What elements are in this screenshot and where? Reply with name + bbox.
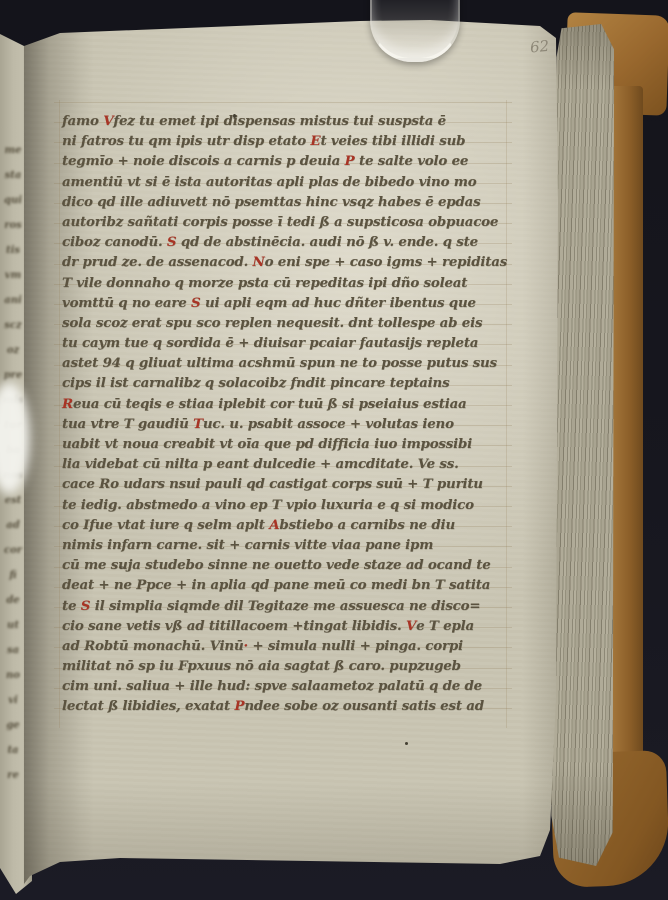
ink-speck bbox=[405, 742, 408, 745]
ruling-line bbox=[54, 102, 512, 103]
manuscript-line: tegmīo + noie discois a carnis p deuia P… bbox=[62, 151, 514, 171]
facing-page-fragment: me bbox=[0, 138, 26, 163]
manuscript-line: sola scoz erat spu sco replen nequesit. … bbox=[62, 313, 514, 333]
facing-page-fragment: ge bbox=[0, 713, 26, 738]
manuscript-line: famo Vfez tu emet ipi dispensas mistus t… bbox=[62, 111, 514, 131]
facing-page-fragment: ad bbox=[0, 513, 26, 538]
manuscript-line: te S il simplia siqmde dil Tegitaze me a… bbox=[62, 596, 514, 616]
facing-page-fragment: sa bbox=[0, 638, 26, 663]
facing-page-fragment: tis bbox=[0, 238, 26, 263]
facing-page-fragment: no bbox=[0, 663, 26, 688]
manuscript-line: cū me suja studebo sinne ne ouetto vede … bbox=[62, 555, 514, 575]
facing-page-fragment: fi bbox=[0, 563, 26, 588]
book-cover-edge bbox=[609, 86, 643, 786]
facing-page-fragment: oz bbox=[0, 338, 26, 363]
manuscript-line: militat nō sp iu Fpxuus nō aia sagtat ß … bbox=[62, 656, 514, 676]
manuscript-line: cio sane vetis vß ad titillacoem +tingat… bbox=[62, 616, 514, 636]
manuscript-line: vomttū q no eare S ui apli eqm ad huc dñ… bbox=[62, 293, 514, 313]
manuscript-page: 62 famo Vfez tu emet ipi dispensas mistu… bbox=[24, 18, 560, 886]
facing-page-fragment: ros bbox=[0, 213, 26, 238]
stain-speck bbox=[120, 566, 124, 569]
manuscript-line: deat + ne Ppce + in aplia qd pane meū co… bbox=[62, 575, 514, 595]
facing-page-fragment: de bbox=[0, 588, 26, 613]
manuscript-line: ad Robtū monachū. Vinū· + simula nulli +… bbox=[62, 636, 514, 656]
manuscript-text-block: famo Vfez tu emet ipi dispensas mistus t… bbox=[62, 111, 514, 717]
ink-speck bbox=[233, 114, 236, 118]
manuscript-line: lia videbat cū nilta p eant dulcedie + a… bbox=[62, 454, 514, 474]
manuscript-line: Reua cū teqis e stiaa iplebit cor tuū ß … bbox=[62, 394, 514, 414]
manuscript-line: uabit vt noua creabit vt oīa que pd diff… bbox=[62, 434, 514, 454]
manuscript-line: tu caym tue q sordida ē + diuisar pcaiar… bbox=[62, 333, 514, 353]
manuscript-line: amentiū vt si ē ista autoritas apli plas… bbox=[62, 172, 514, 192]
facing-page-fragment: cor bbox=[0, 538, 26, 563]
manuscript-line: cim uni. saliua + ille hud: spve salaame… bbox=[62, 676, 514, 696]
facing-page-fragment: vm bbox=[0, 263, 26, 288]
manuscript-line: T vile donnaho q morze psta cū repeditas… bbox=[62, 273, 514, 293]
manuscript-line: lectat ß libidies, exatat Pndee sobe oz … bbox=[62, 696, 514, 716]
manuscript-line: ciboz canodū. S qd de abstinēcia. audi n… bbox=[62, 232, 514, 252]
facing-page-fragment: sta bbox=[0, 163, 26, 188]
manuscript-line: nimis infarn carne. sit + carnis vitte v… bbox=[62, 535, 514, 555]
manuscript-line: tua vtre T gaudiū Tuc. u. psabit assoce … bbox=[62, 414, 514, 434]
manuscript-line: te iedig. abstmedo a vino ep T vpio luxu… bbox=[62, 495, 514, 515]
manuscript-photo: mestaquirostisvmanisczozpremisturbanoses… bbox=[0, 0, 668, 900]
facing-page-fragment: ut bbox=[0, 613, 26, 638]
manuscript-line: astet 94 q gliuat ultima acshmū spun ne … bbox=[62, 353, 514, 373]
manuscript-line: dico qd ille adiuvett nō psemttas hinc v… bbox=[62, 192, 514, 212]
manuscript-line: co Ifue vtat iure q selm aplt Abstiebo a… bbox=[62, 515, 514, 535]
facing-page-fragment: scz bbox=[0, 313, 26, 338]
manuscript-line: cips il ist carnalibz q solacoibz fndit … bbox=[62, 373, 514, 393]
manuscript-line: autoribz sañtati corpis posse ī tedi ß a… bbox=[62, 212, 514, 232]
manuscript-line: ni fatros tu qm ipis utr disp etato Et v… bbox=[62, 131, 514, 151]
manuscript-line: cace Ro udars nsui pauli qd castigat cor… bbox=[62, 474, 514, 494]
facing-page-fragment: ani bbox=[0, 288, 26, 313]
facing-page-fragment: vi bbox=[0, 688, 26, 713]
facing-page-fragment: ta bbox=[0, 738, 26, 763]
facing-page-fragment: re bbox=[0, 763, 26, 778]
ruling-line-vertical bbox=[59, 100, 60, 728]
facing-page-fragment: qui bbox=[0, 188, 26, 213]
page-fore-edge bbox=[550, 24, 614, 866]
manuscript-line: dr prud ze. de assenacod. No eni spe + c… bbox=[62, 252, 514, 272]
